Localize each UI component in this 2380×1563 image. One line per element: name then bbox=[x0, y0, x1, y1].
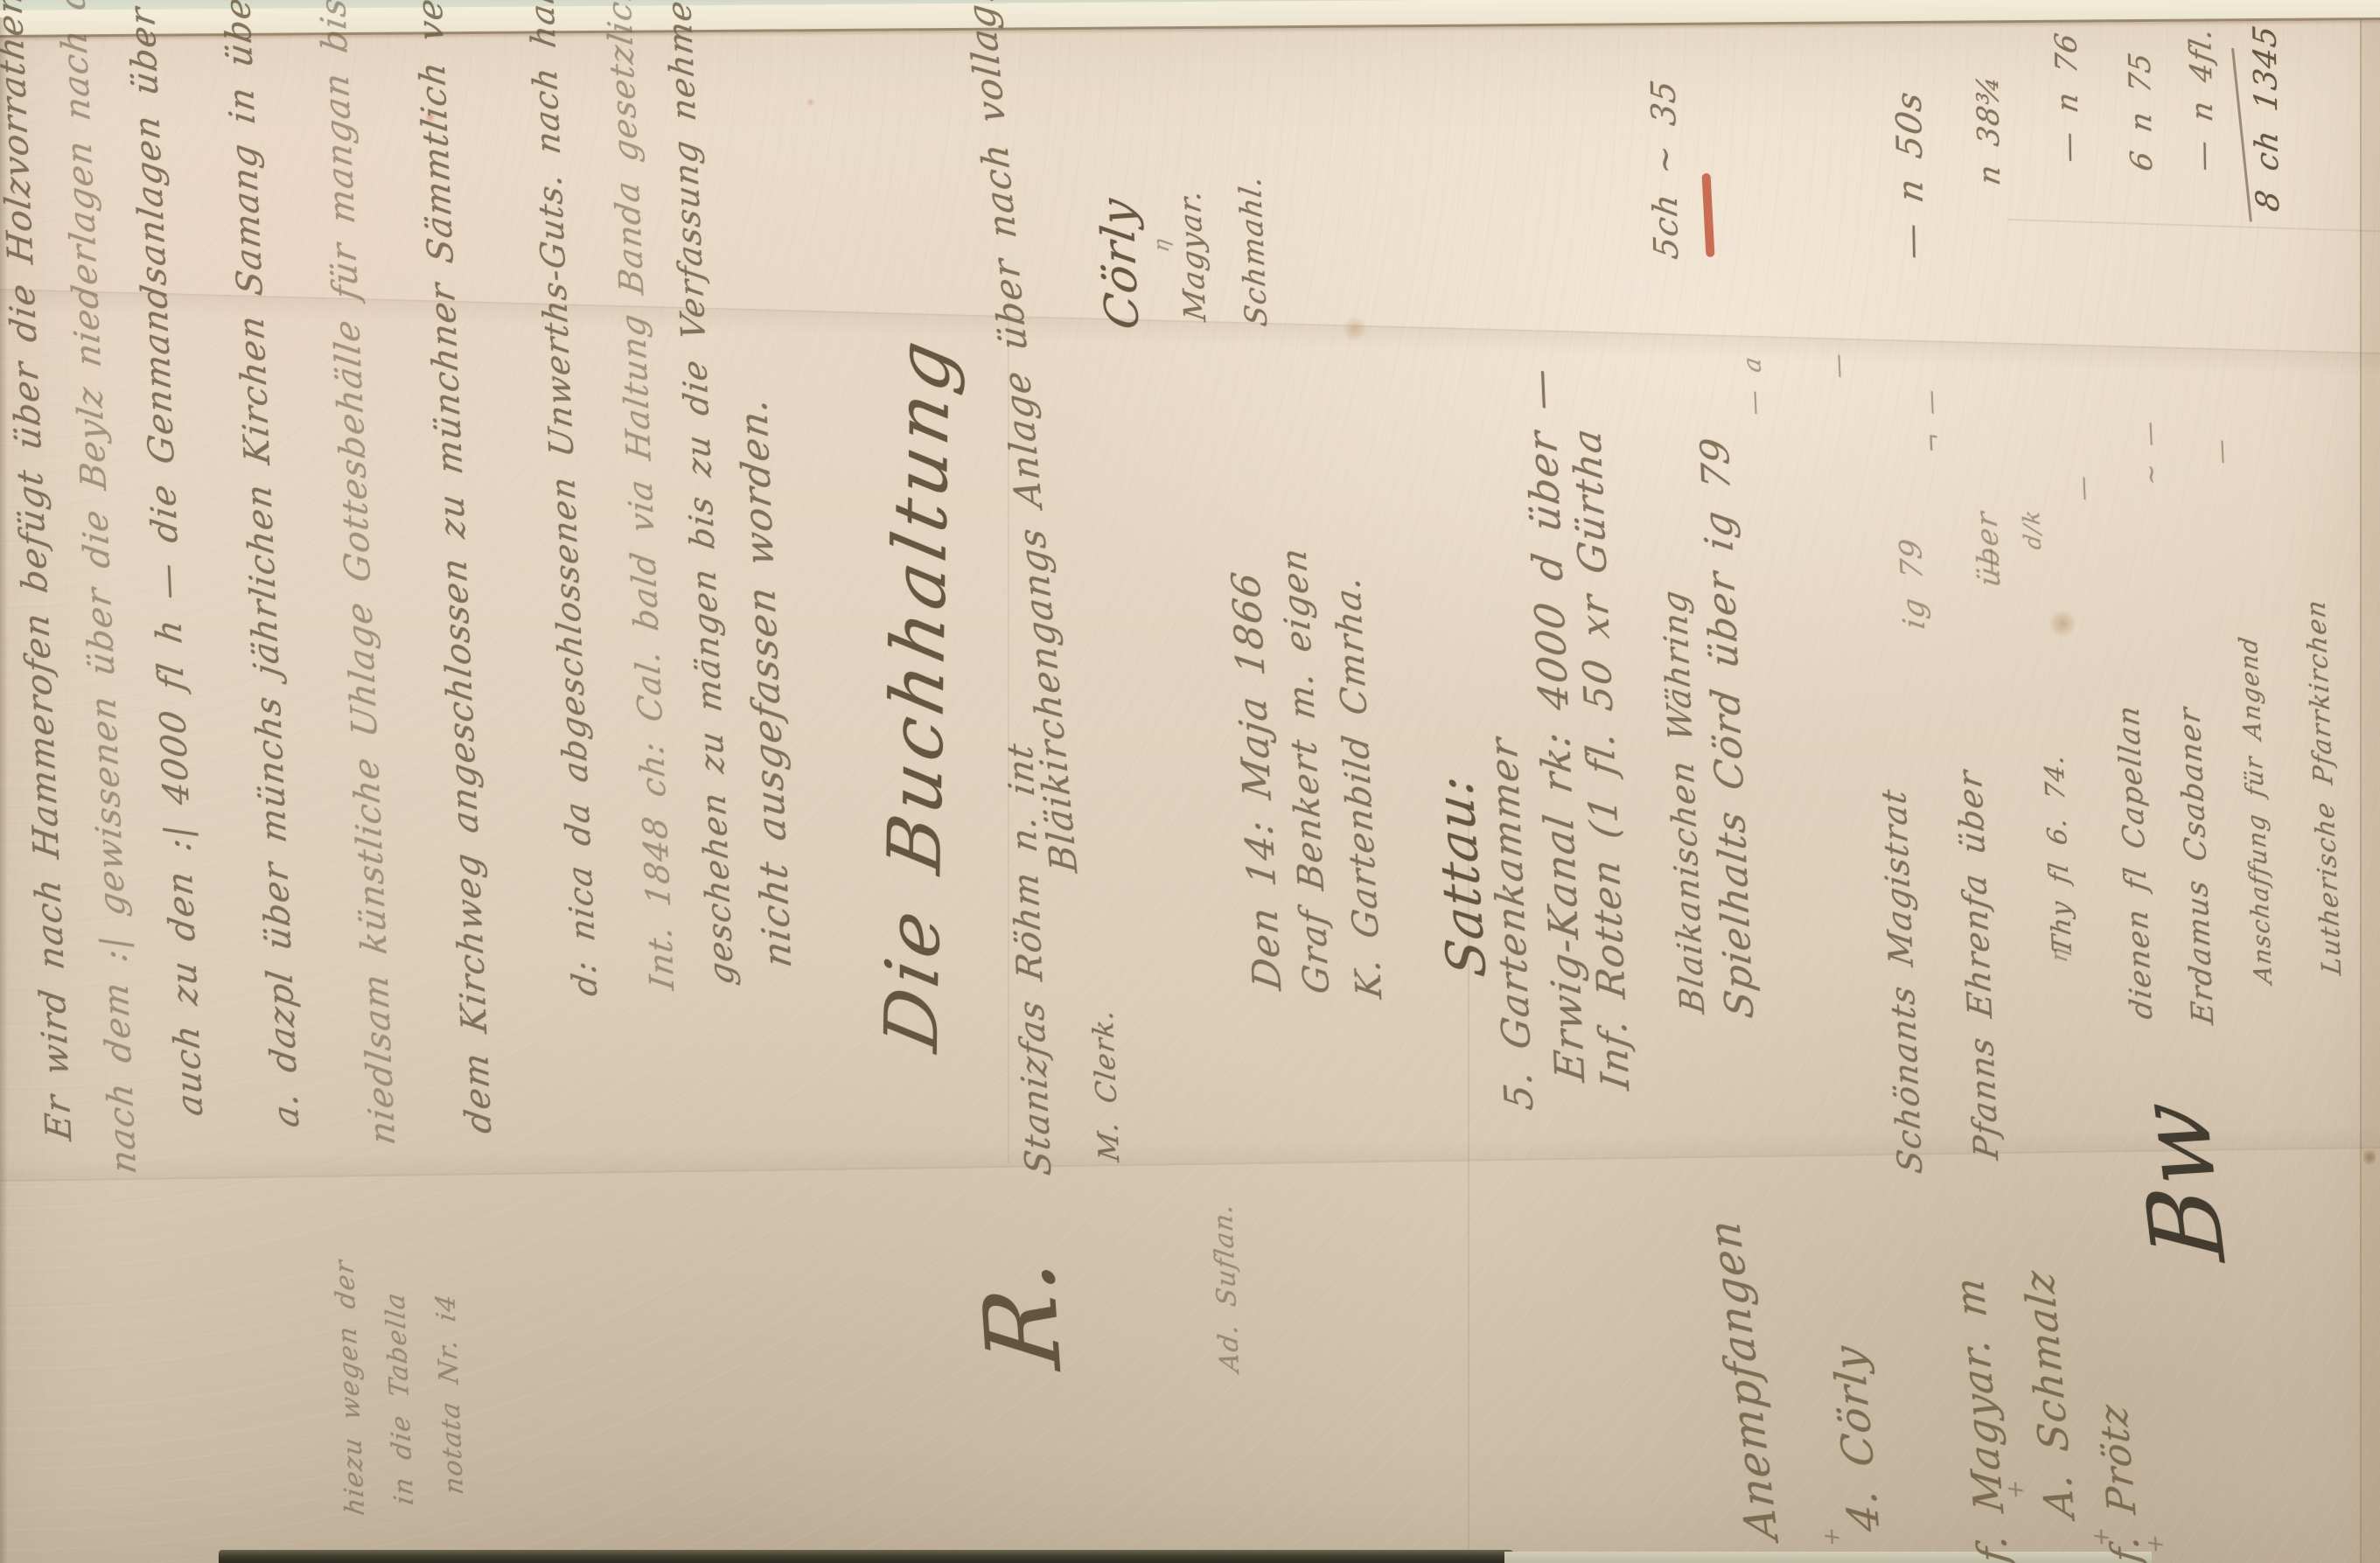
dash-mark: — a bbox=[1740, 354, 1767, 416]
right-edge-tone bbox=[2362, 19, 2380, 1563]
dash-mark: d/k bbox=[2021, 507, 2045, 551]
amount-value: — n 50s bbox=[1892, 88, 1930, 262]
tick-mark: + bbox=[2144, 1532, 2167, 1555]
edge-stain bbox=[2363, 1148, 2376, 1167]
dark-signature-flourish: Bw bbox=[2122, 1099, 2241, 1263]
column-label: Schmahl. bbox=[1235, 173, 1272, 328]
amount-value: — n 4fl. bbox=[2186, 25, 2218, 173]
amount-value: n 38¾ bbox=[1973, 73, 2005, 187]
dash-mark: — bbox=[2070, 473, 2096, 503]
red-speck bbox=[806, 98, 815, 107]
dash-mark: — bbox=[2209, 436, 2234, 466]
dash-mark: ~ — bbox=[2137, 418, 2164, 486]
signature-title: M. Clerk. bbox=[1088, 1007, 1123, 1163]
flourished-heading: Die Buchhaltung bbox=[875, 330, 960, 1057]
signature-initial-flourish: R. bbox=[967, 1250, 1077, 1372]
amount-total: 8 ch 1345 bbox=[2250, 23, 2285, 214]
bottom-edge-dark-strip bbox=[219, 1550, 1513, 1563]
dash-mark: ¬ — bbox=[1918, 387, 1945, 455]
foxing-stain bbox=[2047, 611, 2078, 637]
tick-mark: + bbox=[2090, 1525, 2113, 1548]
tick-mark: + bbox=[1820, 1525, 1844, 1548]
amount-value: — n 76 bbox=[2051, 30, 2083, 164]
foxing-stain bbox=[1342, 317, 1368, 341]
dash-mark: — bbox=[1825, 351, 1851, 380]
amount-value: 5ch ~ 35 bbox=[1646, 77, 1683, 262]
clerk-note: Ad. Suflan. bbox=[1211, 1201, 1245, 1373]
dash-mark: — bbox=[1978, 545, 2003, 575]
column-label: Cörly bbox=[1094, 195, 1146, 332]
row-fragment: ig 79 bbox=[1895, 536, 1930, 631]
tick-mark: + bbox=[2004, 1477, 2028, 1501]
manuscript-scan: Er wird nach Hammerofen befügt über die … bbox=[0, 0, 2380, 1563]
column-label: Magyar. bbox=[1175, 187, 1211, 323]
bottom-edge-pale-strip bbox=[1504, 1552, 2152, 1563]
amount-value: 6 n 75 bbox=[2125, 50, 2157, 173]
